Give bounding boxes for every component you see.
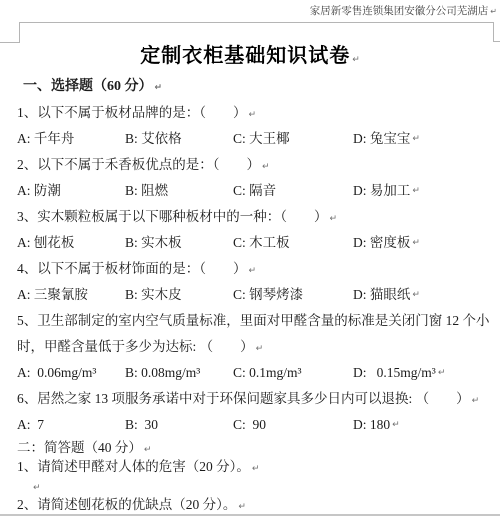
paragraph-mark: ↵ xyxy=(472,396,480,406)
options-row-2: A: 防潮B: 阻燃C: 隔音D: 易加工↵ xyxy=(17,178,487,204)
question-text: 时，甲醛含量低于多少为达标: （ ） xyxy=(17,339,254,354)
option-d: D: 易加工 xyxy=(353,178,410,204)
question-line-6: 6、居然之家 13 项服务承诺中对于环保问题家具多少日内可以退换: （ ）↵ xyxy=(17,386,487,412)
question-text: 3、实木颗粒板属于以下哪种板材中的一种：（ ） xyxy=(17,209,328,224)
title-row: 定制衣柜基础知识试卷↵ xyxy=(0,40,500,70)
option-b: B: 0.08mg/m³ xyxy=(125,360,233,386)
paragraph-mark: ↵ xyxy=(155,83,163,93)
page-border-bottom xyxy=(0,514,500,516)
option-d: D: 密度板 xyxy=(353,230,410,256)
option-c: C: 隔音 xyxy=(233,178,353,204)
question-line-2: 2、以下不属于禾香板优点的是：（ ）↵ xyxy=(17,152,487,178)
paragraph-mark: ↵ xyxy=(262,162,270,172)
option-a: A: 7 xyxy=(17,412,125,438)
question-line-3: 3、实木颗粒板属于以下哪种板材中的一种：（ ）↵ xyxy=(17,204,487,230)
question-text: 2、以下不属于禾香板优点的是：（ ） xyxy=(17,157,260,172)
option-a: A: 千年舟 xyxy=(17,126,125,152)
paragraph-mark: ↵ xyxy=(352,55,360,65)
option-a: A: 刨花板 xyxy=(17,230,125,256)
question-line-5a: 5、卫生部制定的室内空气质量标准，里面对甲醛含量的标准是关闭门窗 12 个小 xyxy=(17,308,487,334)
section-heading-choice: 一、选择题（60 分）↵ xyxy=(17,74,487,100)
option-c: C: 木工板 xyxy=(233,230,353,256)
option-d: D: 0.15mg/m³ xyxy=(353,360,436,386)
paragraph-mark: ↵ xyxy=(490,7,497,16)
page-header: 家居新零售连锁集团安徽分公司芜湖店↵ xyxy=(310,3,497,18)
paragraph-mark: ↵ xyxy=(33,483,41,493)
paragraph-mark: ↵ xyxy=(238,502,246,512)
section-heading-text: 二：简答题（40 分） xyxy=(17,440,142,455)
option-b: B: 艾依格 xyxy=(125,126,233,152)
options-row-4: A: 三聚氰胺B: 实木皮C: 钢琴烤漆D: 猫眼纸↵ xyxy=(17,282,487,308)
page-border-right-step xyxy=(493,22,494,42)
paragraph-mark: ↵ xyxy=(412,282,420,308)
section-heading-text: 一、选择题（60 分） xyxy=(23,79,153,94)
option-c: C: 90 xyxy=(233,412,353,438)
option-c: C: 0.1mg/m³ xyxy=(233,360,353,386)
question-text: 2、请简述刨花板的优缺点（20 分）。 xyxy=(17,497,236,512)
question-text: 1、以下不属于板材品牌的是：（ ） xyxy=(17,105,247,120)
option-b: B: 阻燃 xyxy=(125,178,233,204)
exam-body: 一、选择题（60 分）↵ 1、以下不属于板材品牌的是：（ ）↵ A: 千年舟B:… xyxy=(17,74,487,514)
paragraph-mark: ↵ xyxy=(252,464,260,474)
option-b: B: 实木板 xyxy=(125,230,233,256)
option-b: B: 实木皮 xyxy=(125,282,233,308)
option-d: D: 兔宝宝 xyxy=(353,126,410,152)
question-text: 1、请简述甲醛对人体的危害（20 分）。 xyxy=(17,459,250,474)
paragraph-mark: ↵ xyxy=(412,230,420,256)
page-border-top xyxy=(19,22,493,23)
short-answer-section: 二：简答题（40 分）↵ 1、请简述甲醛对人体的危害（20 分）。↵ ↵ 2、请… xyxy=(17,438,487,514)
option-a: A: 0.06mg/m³ xyxy=(17,360,125,386)
options-row-3: A: 刨花板B: 实木板C: 木工板D: 密度板↵ xyxy=(17,230,487,256)
paragraph-mark: ↵ xyxy=(249,266,257,276)
page-title: 定制衣柜基础知识试卷 xyxy=(140,43,350,67)
question-line-4: 4、以下不属于板材饰面的是：（ ）↵ xyxy=(17,256,487,282)
paragraph-mark: ↵ xyxy=(330,214,338,224)
option-d: D: 猫眼纸 xyxy=(353,282,410,308)
paragraph-mark: ↵ xyxy=(392,412,400,438)
section-heading-short-answer: 二：简答题（40 分）↵ xyxy=(17,438,487,457)
company-name: 家居新零售连锁集团安徽分公司芜湖店 xyxy=(310,6,489,17)
option-b: B: 30 xyxy=(125,412,233,438)
question-line-5b: 时，甲醛含量低于多少为达标: （ ）↵ xyxy=(17,334,487,360)
option-a: A: 防潮 xyxy=(17,178,125,204)
paragraph-mark: ↵ xyxy=(412,178,420,204)
option-c: C: 钢琴烤漆 xyxy=(233,282,353,308)
paragraph-mark: ↵ xyxy=(438,360,446,386)
question-text: 4、以下不属于板材饰面的是：（ ） xyxy=(17,261,247,276)
question-line-1: 1、以下不属于板材品牌的是：（ ）↵ xyxy=(17,100,487,126)
paragraph-mark: ↵ xyxy=(249,110,257,120)
question-text: 6、居然之家 13 项服务承诺中对于环保问题家具多少日内可以退换: （ ） xyxy=(17,391,470,406)
blank-line: ↵ xyxy=(17,476,487,495)
options-row-6: A: 7B: 30C: 90D: 180↵ xyxy=(17,412,487,438)
short-question-line-1: 1、请简述甲醛对人体的危害（20 分）。↵ xyxy=(17,457,487,476)
options-row-1: A: 千年舟B: 艾依格C: 大王椰D: 兔宝宝↵ xyxy=(17,126,487,152)
document-page: 家居新零售连锁集团安徽分公司芜湖店↵ 定制衣柜基础知识试卷↵ 一、选择题（60 … xyxy=(0,0,500,521)
paragraph-mark: ↵ xyxy=(256,344,264,354)
option-c: C: 大王椰 xyxy=(233,126,353,152)
question-text: 5、卫生部制定的室内空气质量标准，里面对甲醛含量的标准是关闭门窗 12 个小 xyxy=(17,313,490,328)
option-d: D: 180 xyxy=(353,412,390,438)
options-row-5: A: 0.06mg/m³B: 0.08mg/m³C: 0.1mg/m³D: 0.… xyxy=(17,360,487,386)
short-question-line-2: 2、请简述刨花板的优缺点（20 分）。↵ xyxy=(17,495,487,514)
option-a: A: 三聚氰胺 xyxy=(17,282,125,308)
paragraph-mark: ↵ xyxy=(412,126,420,152)
paragraph-mark: ↵ xyxy=(144,445,152,455)
